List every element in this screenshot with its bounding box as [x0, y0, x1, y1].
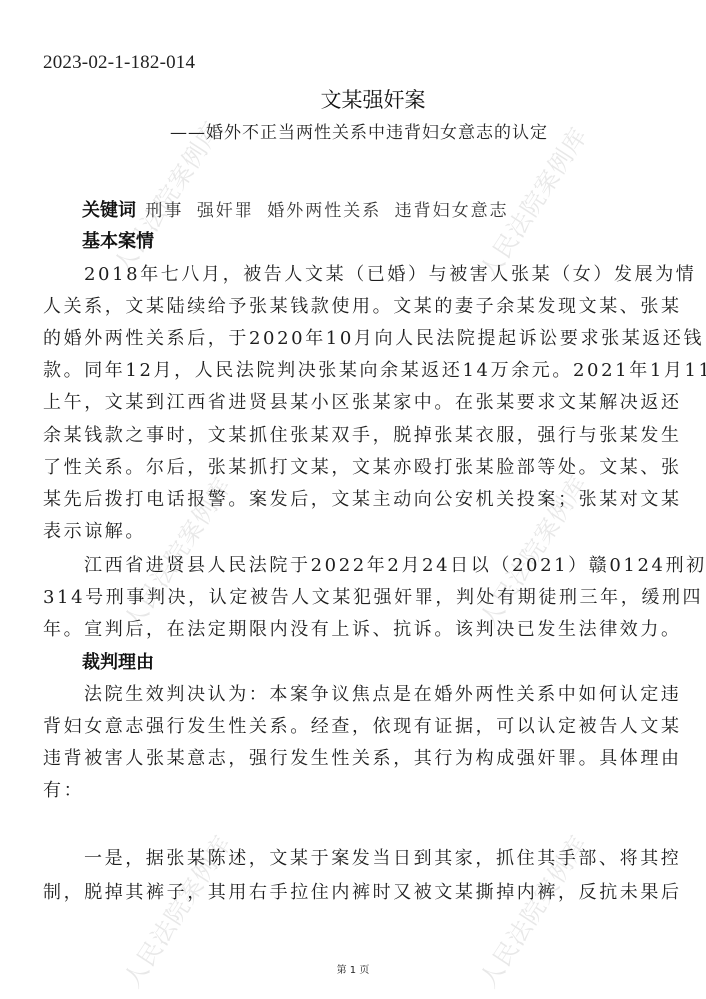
- keyword-tag: 违背妇女意志: [395, 201, 509, 221]
- document-page: 人民法院案例库 人民法院案例库 人民法院案例库 人民法院案例库 人民法院案例库 …: [0, 0, 706, 999]
- body-line: 江西省进贤县人民法院于2022年2月24日以（2021）赣0124刑初: [84, 554, 654, 578]
- body-line: 有：: [43, 779, 653, 803]
- body-line: 314号刑事判决，认定被告人文某犯强奸罪，判处有期徒刑三年，缓刑四: [43, 586, 653, 610]
- body-line: 年。宣判后，在法定期限内没有上诉、抗诉。该判决已发生法律效力。: [43, 618, 653, 642]
- body-line: 2018年七八月，被告人文某（已婚）与被害人张某（女）发展为情: [84, 263, 654, 287]
- body-line: 制，脱掉其裤子，其用右手拉住内裤时又被文某撕掉内裤，反抗未果后: [43, 881, 653, 905]
- body-line: 款。同年12月，人民法院判决张某向余某返还14万余元。2021年1月11日: [43, 359, 653, 383]
- section-heading-basic-facts: 基本案情: [82, 230, 154, 254]
- page-number: 第 1 页: [0, 964, 706, 978]
- document-subtitle: ——婚外不正当两性关系中违背妇女意志的认定: [170, 121, 548, 145]
- keywords-label: 关键词: [82, 200, 136, 221]
- body-line: 的婚外两性关系后，于2020年10月向人民法院提起诉讼要求张某返还钱: [43, 327, 653, 351]
- body-line: 表示谅解。: [43, 520, 653, 544]
- body-line: 背妇女意志强行发生性关系。经查，依现有证据，可以认定被告人文某: [43, 715, 653, 739]
- keyword-tag: 刑事: [145, 201, 183, 221]
- body-line: 某先后拨打电话报警。案发后，文某主动向公安机关投案；张某对文某: [43, 488, 653, 512]
- body-line: 违背被害人张某意志，强行发生性关系，其行为构成强奸罪。具体理由: [43, 747, 653, 771]
- section-heading-reasoning: 裁判理由: [82, 651, 154, 675]
- body-line: 了性关系。尔后，张某抓打文某，文某亦殴打张某脸部等处。文某、张: [43, 456, 653, 480]
- body-line: 上午，文某到江西省进贤县某小区张某家中。在张某要求文某解决返还: [43, 391, 653, 415]
- keyword-tag: 强奸罪: [197, 201, 254, 221]
- body-line: 法院生效判决认为：本案争议焦点是在婚外两性关系中如何认定违: [84, 683, 654, 707]
- document-title: 文某强奸案: [0, 87, 706, 113]
- body-line: 一是，据张某陈述，文某于案发当日到其家，抓住其手部、将其控: [84, 847, 654, 871]
- body-line: 人关系，文某陆续给予张某钱款使用。文某的妻子余某发现文某、张某: [43, 295, 653, 319]
- keywords-row: 关键词 刑事 强奸罪 婚外两性关系 违背妇女意志: [82, 199, 517, 223]
- body-line: 余某钱款之事时，文某抓住张某双手，脱掉张某衣服，强行与张某发生: [43, 424, 653, 448]
- keyword-tag: 婚外两性关系: [267, 201, 381, 221]
- case-number: 2023-02-1-182-014: [43, 51, 195, 75]
